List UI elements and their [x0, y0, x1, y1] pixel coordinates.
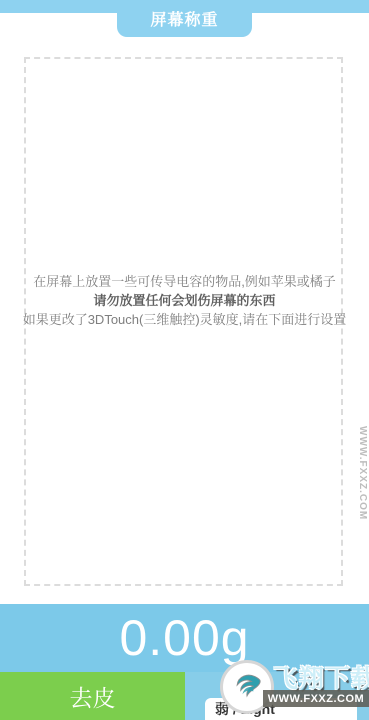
instruction-line-2: 请勿放置任何会划伤屏幕的东西	[0, 291, 369, 310]
side-watermark: WWW.FXXZ.COM	[357, 426, 368, 520]
fxxz-logo-site: WWW.FXXZ.COM	[263, 690, 369, 707]
page-title: 屏幕称重	[150, 7, 218, 30]
fxxz-watermark-badge: 飞翔下载 WWW.FXXZ.COM	[221, 659, 369, 715]
instruction-line-3: 如果更改了3DTouch(三维触控)灵敏度,请在下面进行设置	[0, 310, 369, 329]
tare-button[interactable]: 去皮	[0, 672, 185, 720]
instructions: 在屏幕上放置一些可传导电容的物品,例如苹果或橘子 请勿放置任何会划伤屏幕的东西 …	[0, 272, 369, 329]
tab-screen-weighing[interactable]: 屏幕称重	[117, 0, 252, 37]
instruction-line-1: 在屏幕上放置一些可传导电容的物品,例如苹果或橘子	[0, 272, 369, 291]
tare-button-label: 去皮	[70, 680, 116, 713]
